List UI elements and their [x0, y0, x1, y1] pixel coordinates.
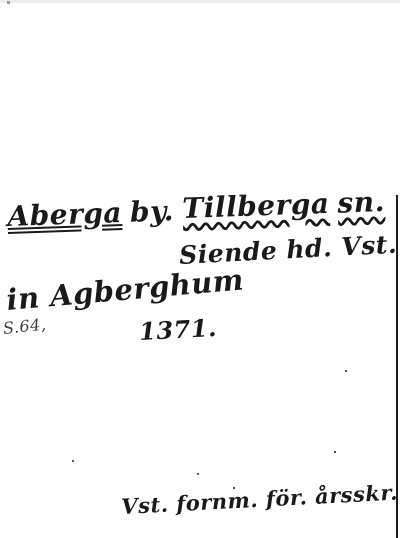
- old-name-form-line: in Agberghum: [5, 262, 245, 317]
- place-name: Aberga: [7, 196, 123, 233]
- district-line: Siende hd. Vst.: [178, 230, 397, 270]
- source-reference-line: Vst. fornm. för. årsskr. III.: [121, 477, 400, 519]
- scan-speck: [233, 487, 235, 489]
- parish-suffix: sn.: [337, 185, 385, 220]
- place-name-line: Abergaby.: [7, 194, 175, 233]
- parish-name: Tillberga: [182, 187, 330, 225]
- year: 1371.: [138, 313, 217, 346]
- scan-speck: [197, 473, 199, 475]
- scan-edge-strip: [0, 0, 400, 3]
- scan-speck: [345, 370, 347, 372]
- scan-speck: [334, 451, 336, 453]
- scan-speck: [7, 1, 10, 4]
- scan-speck: [72, 460, 74, 462]
- page-reference: S.64,: [2, 315, 47, 338]
- parish-name-line: Tillbergasn.: [182, 185, 386, 225]
- scanned-index-card: Abergaby. Tillbergasn. Siende hd. Vst. i…: [0, 0, 400, 538]
- place-suffix: by.: [129, 194, 174, 229]
